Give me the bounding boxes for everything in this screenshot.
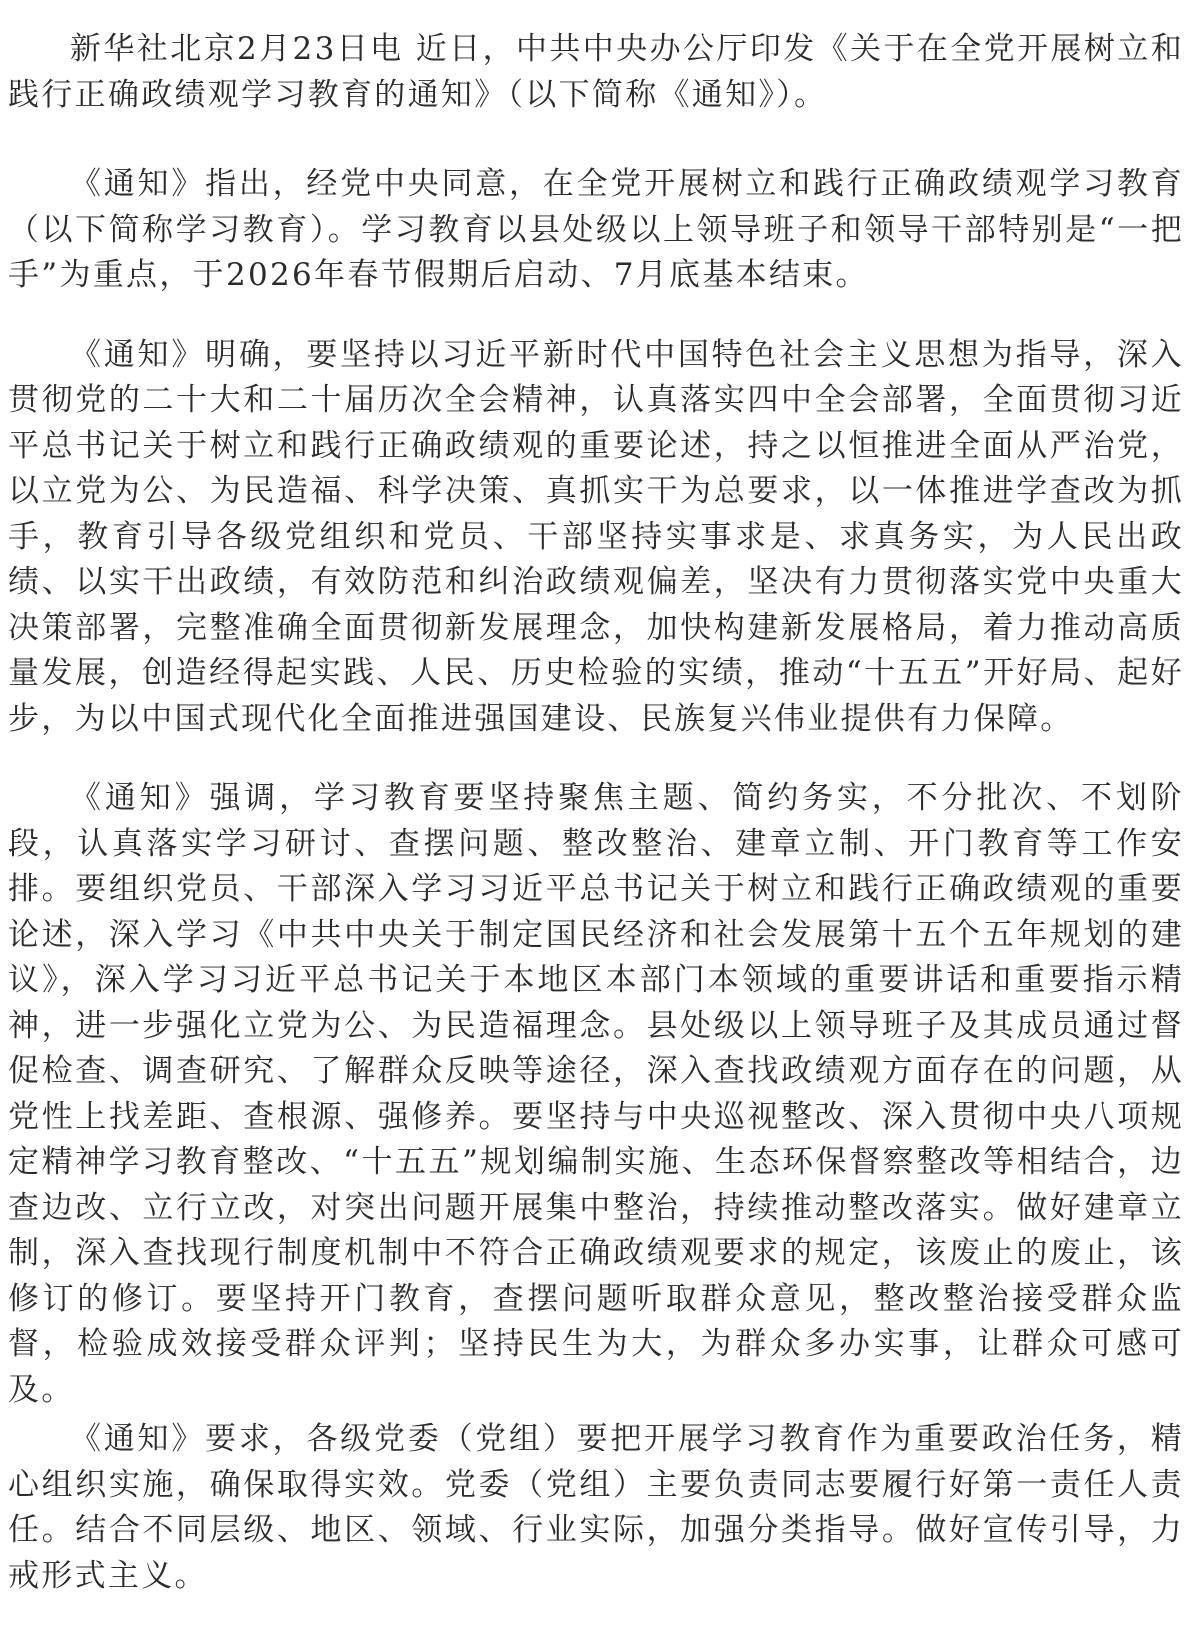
paragraph-notice-scope: 《通知》指出，经党中央同意，在全党开展树立和践行正确政绩观学习教育（以下简称学习… [8,162,1184,299]
news-article: 新华社北京2月23日电 近日，中共中央办公厅印发《关于在全党开展树立和践行正确政… [8,27,1184,1599]
paragraph-dateline: 新华社北京2月23日电 近日，中共中央办公厅印发《关于在全党开展树立和践行正确政… [8,27,1184,118]
paragraph-notice-emphasis: 《通知》强调，学习教育要坚持聚焦主题、简约务实，不分批次、不划阶段，认真落实学习… [8,776,1184,1413]
paragraph-notice-requirements: 《通知》要求，各级党委（党组）要把开展学习教育作为重要政治任务，精心组织实施，确… [8,1417,1184,1599]
paragraph-notice-guidance: 《通知》明确，要坚持以习近平新时代中国特色社会主义思想为指导，深入贯彻党的二十大… [8,333,1184,743]
